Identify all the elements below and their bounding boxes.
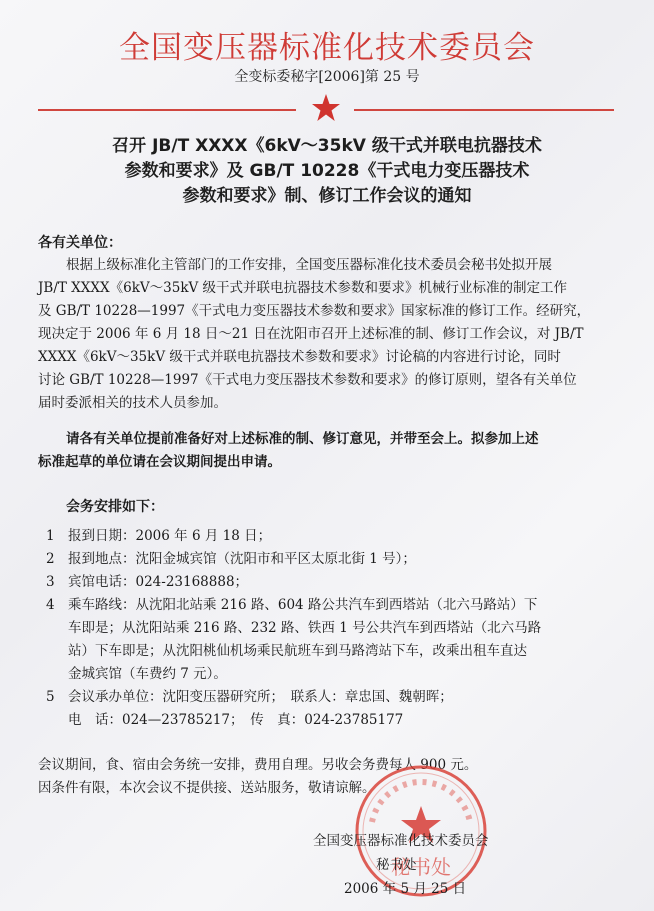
list-item-continuation: 电 话：024—23785217； 传 真：024-23785177 (46, 709, 541, 732)
arrangements-heading: 会务安排如下： (66, 496, 164, 516)
signature-date: 2006 年 5 月 25 日 (344, 877, 654, 897)
list-item: 5会议承办单位：沈阳变压器研究所； 联系人：章忠国、魏朝晖； (46, 686, 541, 709)
list-item-number: 1 (46, 525, 68, 548)
paragraph-line: 请各有关单位提前准备好对上述标准的制、修订意见，并带至会上。拟参加上述 (38, 428, 618, 451)
list-item-text: 乘车路线：从沈阳北站乘 216 路、604 路公共汽车到西塔站（北六马路站）下 (68, 597, 537, 613)
salutation: 各有关单位： (38, 232, 122, 252)
closing-line: 因条件有限，本次会议不提供接、送站服务，敬请谅解。 (38, 777, 477, 800)
paragraph-line: JB/T XXXX《6kV～35kV 级干式并联电抗器技术参数和要求》机械行业标… (38, 277, 618, 300)
paragraph-line: 现决定于 2006 年 6 月 18 日～21 日在沈阳市召开上述标准的制、修订… (38, 323, 618, 346)
notice-document: 全国变压器标准化技术委员会 全变标委秘字[2006]第 25 号 召开 JB/T… (0, 0, 654, 911)
body-paragraph-2: 请各有关单位提前准备好对上述标准的制、修订意见，并带至会上。拟参加上述 标准起草… (38, 428, 618, 474)
document-number: 全变标委秘字[2006]第 25 号 (0, 66, 654, 86)
list-item-text: 宾馆电话：024-23168888； (68, 574, 248, 590)
paragraph-line: XXXX《6kV～35kV 级干式并联电抗器技术参数和要求》讨论稿的内容进行讨论… (38, 346, 618, 369)
list-item-text: 会议承办单位：沈阳变压器研究所； 联系人：章忠国、魏朝晖； (68, 689, 453, 705)
notice-title: 召开 JB/T XXXX《6kV～35kV 级干式并联电抗器技术 参数和要求》及… (0, 134, 654, 209)
notice-title-line: 参数和要求》及 GB/T 10228《干式电力变压器技术 (0, 159, 654, 184)
paragraph-line: 标准起草的单位请在会议期间提出申请。 (38, 451, 618, 474)
list-item-number: 2 (46, 548, 68, 571)
list-item-number: 5 (46, 686, 68, 709)
list-item-continuation: 站）下车即是；从沈阳桃仙机场乘民航班车到马路湾站下车，改乘出租车直达 (46, 640, 541, 663)
notice-title-line: 召开 JB/T XXXX《6kV～35kV 级干式并联电抗器技术 (0, 134, 654, 159)
list-item-number: 3 (46, 571, 68, 594)
notice-title-line: 参数和要求》制、修订工作会议的通知 (0, 184, 654, 209)
signature-office: 秘书处 (376, 853, 654, 873)
list-item: 3宾馆电话：024-23168888； (46, 571, 541, 594)
closing-remarks: 会议期间，食、宿由会务统一安排，费用自理。另收会务费每人 900 元。 因条件有… (38, 754, 477, 800)
closing-line: 会议期间，食、宿由会务统一安排，费用自理。另收会务费每人 900 元。 (38, 754, 477, 777)
body-paragraph-1: 根据上级标准化主管部门的工作安排，全国变压器标准化技术委员会秘书处拟开展 JB/… (38, 254, 618, 415)
signature-organization: 全国变压器标准化技术委员会 (313, 829, 654, 849)
paragraph-line: 届时委派相关的技术人员参加。 (38, 392, 618, 415)
list-item: 4乘车路线：从沈阳北站乘 216 路、604 路公共汽车到西塔站（北六马路站）下 (46, 594, 541, 617)
list-item-number: 4 (46, 594, 68, 617)
list-item-text: 报到日期：2006 年 6 月 18 日； (68, 528, 271, 544)
list-item-text: 报到地点：沈阳金城宾馆（沈阳市和平区太原北街 1 号）； (68, 551, 416, 567)
list-item-continuation: 车即是；从沈阳站乘 216 路、232 路、铁西 1 号公共汽车到西塔站（北六马… (46, 617, 541, 640)
arrangements-list: 1报到日期：2006 年 6 月 18 日； 2报到地点：沈阳金城宾馆（沈阳市和… (46, 525, 541, 732)
list-item-continuation: 金城宾馆（车费约 7 元）。 (46, 663, 541, 686)
organization-letterhead: 全国变压器标准化技术委员会 (0, 22, 654, 67)
paragraph-line: 根据上级标准化主管部门的工作安排，全国变压器标准化技术委员会秘书处拟开展 (38, 254, 618, 277)
paragraph-line: 讨论 GB/T 10228—1997《干式电力变压器技术参数和要求》的修订原则，… (38, 369, 618, 392)
paragraph-line: 及 GB/T 10228—1997《干式电力变压器技术参数和要求》国家标准的修订… (38, 300, 618, 323)
header-divider-right (354, 109, 614, 111)
header-divider-left (38, 109, 296, 111)
list-item: 1报到日期：2006 年 6 月 18 日； (46, 525, 541, 548)
list-item: 2报到地点：沈阳金城宾馆（沈阳市和平区太原北街 1 号）； (46, 548, 541, 571)
red-star-icon (311, 93, 341, 123)
